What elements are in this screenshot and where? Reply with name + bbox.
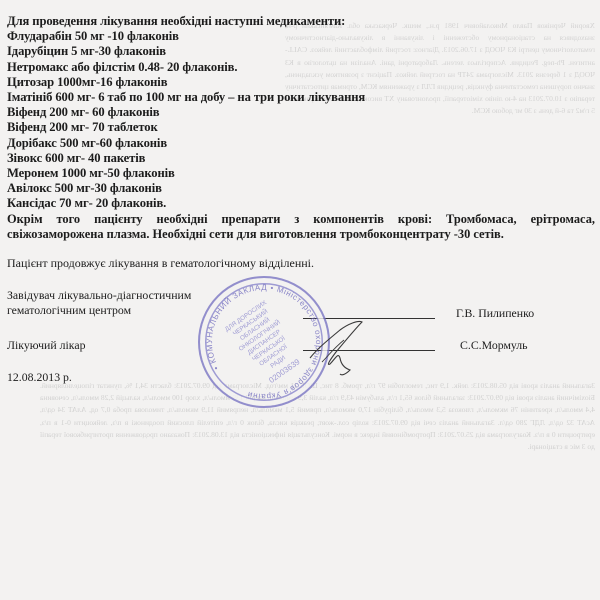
medication-item: Цитозар 1000мг-16 флаконів (7, 75, 595, 90)
medication-item: Ідарубіцин 5 мг-30 флаконів (7, 44, 595, 59)
head-name: Г.В. Пилипенко (456, 306, 534, 321)
intro-heading: Для проведення лікування необхідні насту… (7, 14, 595, 29)
medication-item: Дорібакс 500 мг-60 флаконів (7, 136, 595, 151)
medication-item: Нетромакс або філстім 0.48- 20 флаконів. (7, 60, 595, 75)
document-body: Для проведення лікування необхідні насту… (7, 14, 595, 271)
doctor-title: Лікуючий лікар (7, 338, 85, 353)
medication-item: Кансідас 70 мг- 20 флаконів. (7, 196, 595, 211)
blood-paragraph-line-1: Окрім того пацієнту необхідні препарати … (7, 212, 595, 227)
medication-item: Іматініб 600 мг- 6 таб по 100 мг на добу… (7, 90, 595, 105)
medication-item: Авілокс 500 мг-30 флаконів (7, 181, 595, 196)
head-title: Завідувач лікувально-діагностичним гемат… (7, 288, 191, 318)
doctor-name: С.С.Мормуль (460, 338, 528, 353)
head-title-line-2: гематологічним центром (7, 303, 191, 318)
blood-components-paragraph: Окрім того пацієнту необхідні препарати … (7, 212, 595, 242)
medication-item: Віфенд 200 мг- 60 флаконів (7, 105, 595, 120)
blood-paragraph-line-2: свіжозаморожена плазма. Необхідні сети д… (7, 227, 504, 241)
document-date: 12.08.2013 р. (7, 370, 72, 385)
handwritten-signature-icon (300, 318, 370, 378)
head-title-line-1: Завідувач лікувально-діагностичним (7, 288, 191, 303)
medication-list: Флударабін 50 мг -10 флаконів Ідарубіцин… (7, 29, 595, 211)
medication-item: Флударабін 50 мг -10 флаконів (7, 29, 595, 44)
status-text: Пацієнт продовжує лікування в гематологі… (7, 256, 595, 271)
medication-item: Зівокс 600 мг- 40 пакетів (7, 151, 595, 166)
medication-item: Віфенд 200 мг- 70 таблеток (7, 120, 595, 135)
medication-item: Меронем 1000 мг-50 флаконів (7, 166, 595, 181)
